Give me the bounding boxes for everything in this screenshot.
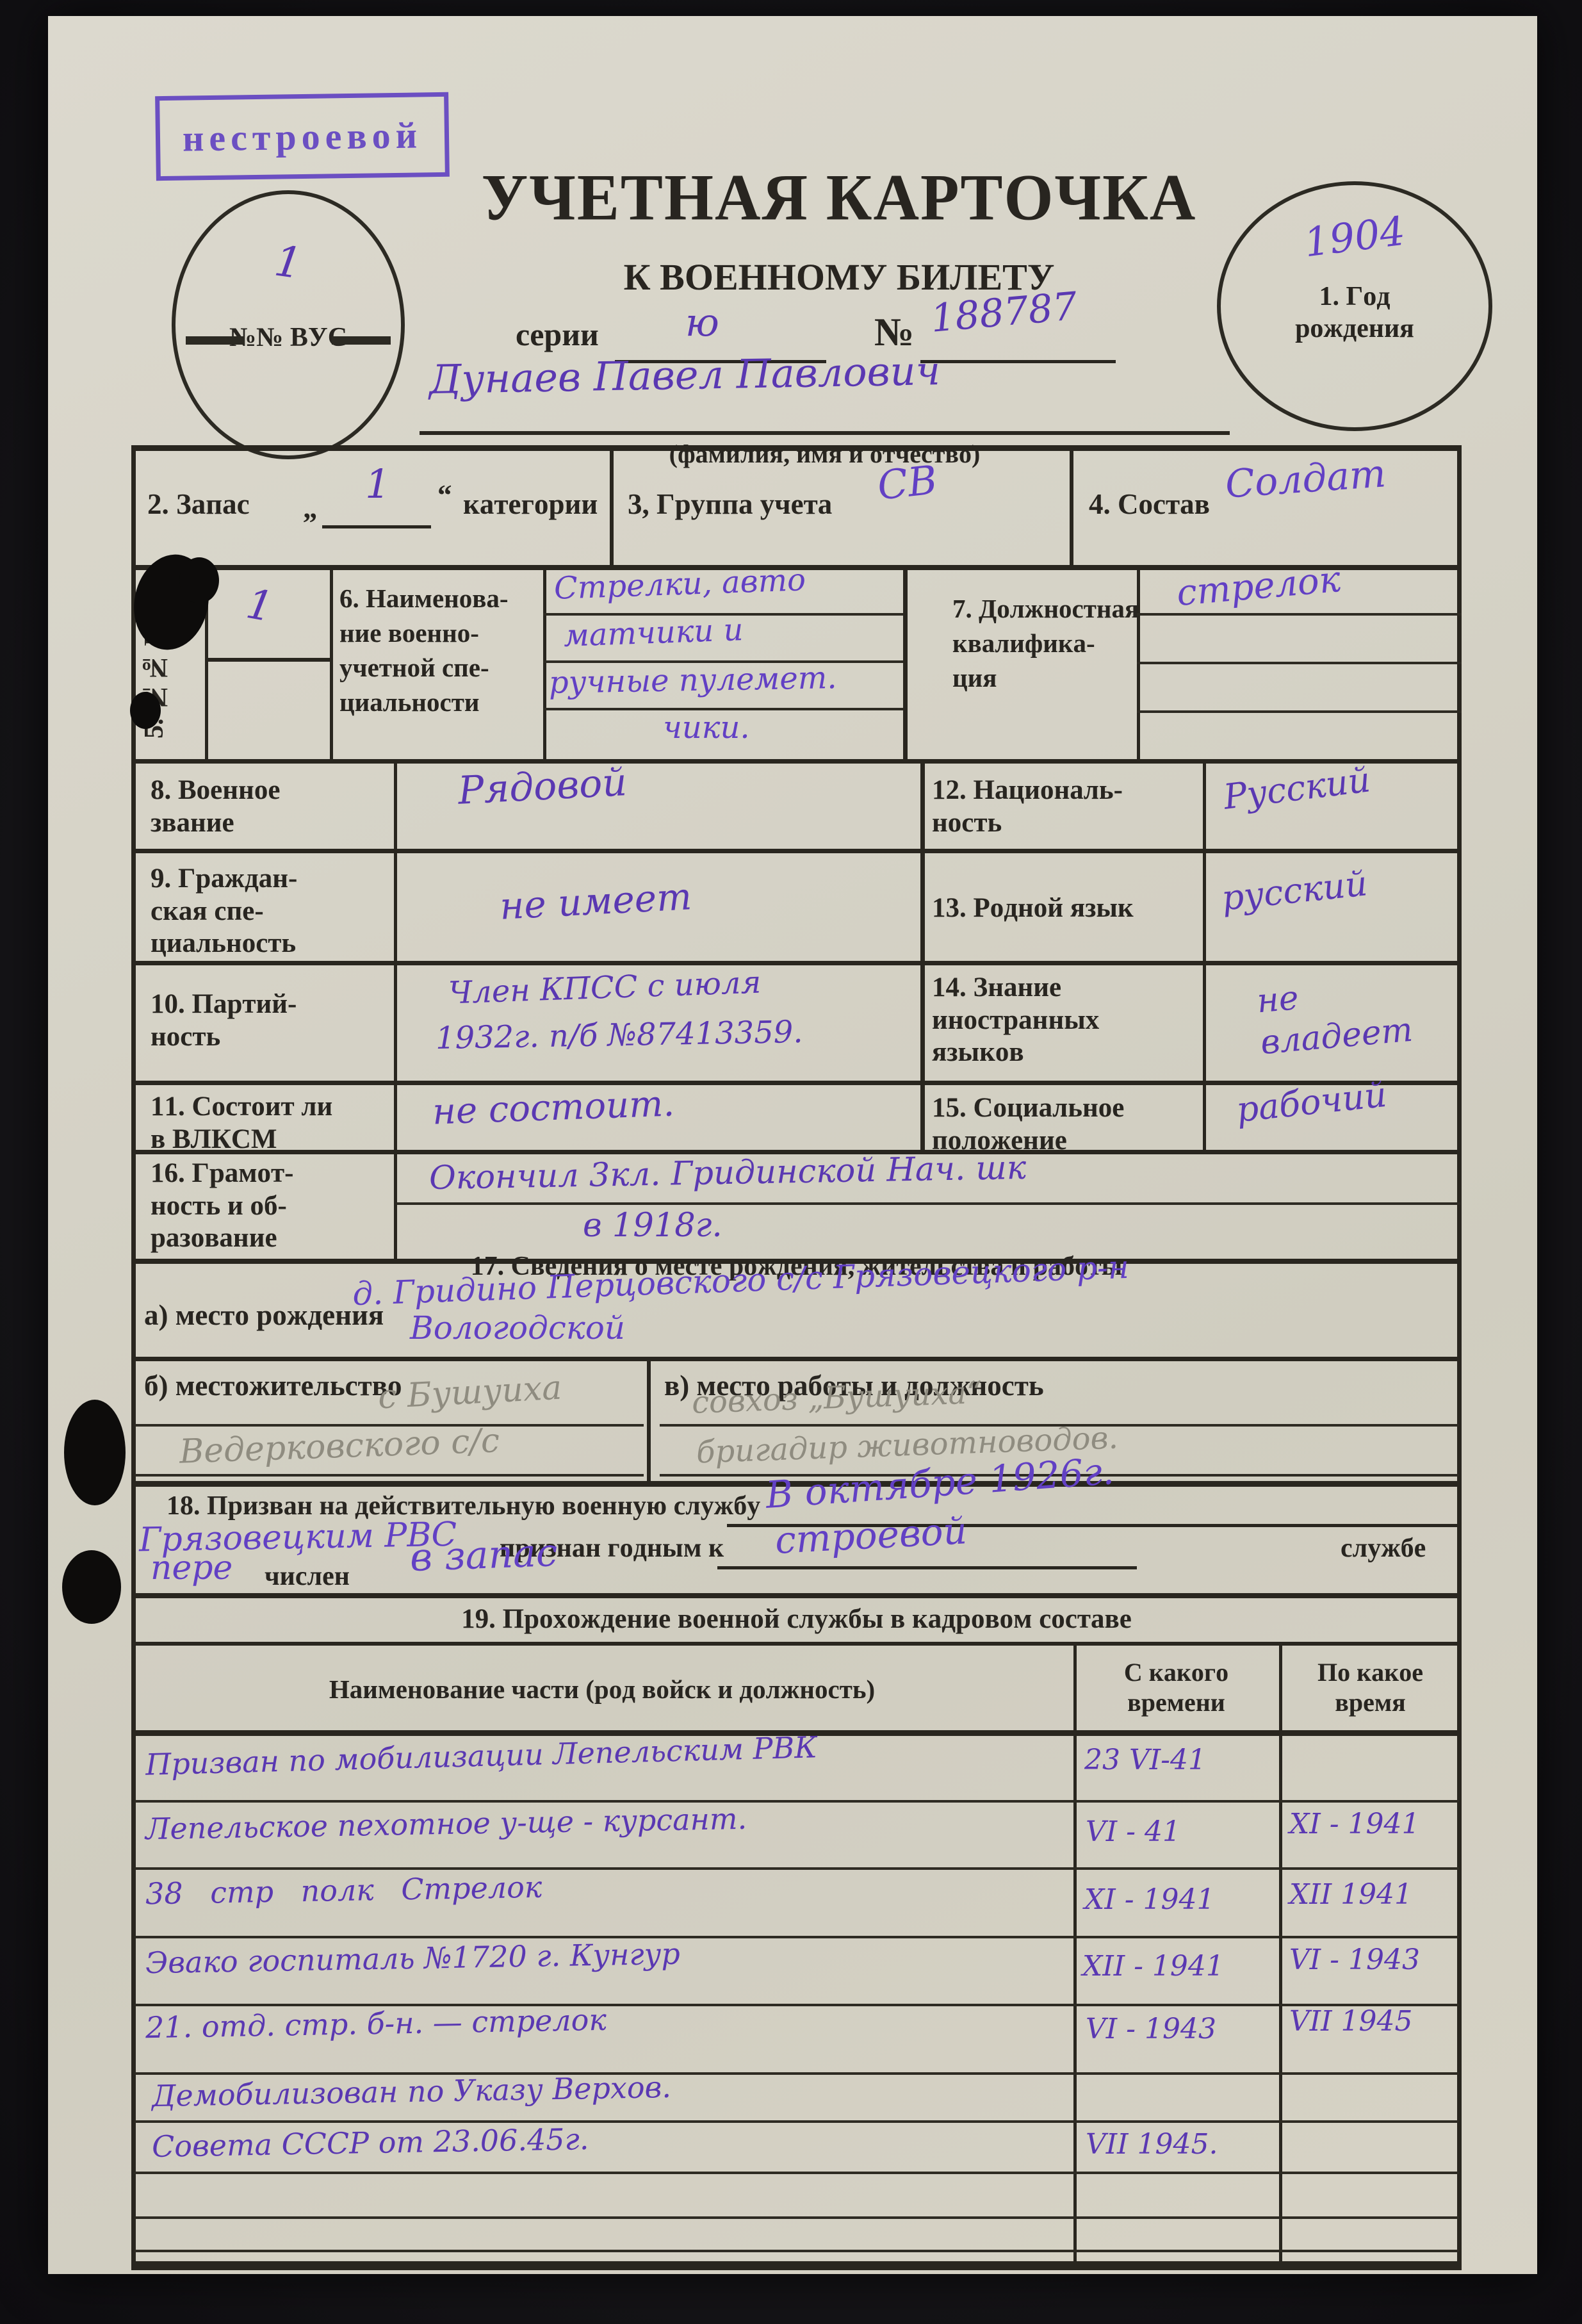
sec6-divider	[543, 570, 546, 759]
field7-rule-3	[1137, 710, 1462, 713]
vus-dash-left	[186, 336, 245, 345]
table-border-top	[131, 1642, 1462, 1646]
field18-re-print: числен	[265, 1561, 350, 1593]
nestroevoy-stamp-text: нестроевой	[182, 113, 422, 160]
field10-label: 10. Партий- ность	[151, 988, 297, 1053]
field18-fit-value: строевой	[774, 1511, 968, 1560]
vus-circle: 1 №№ ВУС	[172, 190, 405, 459]
field17b-rule-2	[135, 1474, 644, 1477]
number-value: 188787	[929, 286, 1079, 340]
ink-blot-2	[179, 557, 219, 603]
field16-line-1: Окончил 3кл. Гридинской Нач. шк	[429, 1151, 1027, 1196]
table-row-4-to: VI - 1943	[1289, 1945, 1420, 1975]
full-name-caption: (фамилия, имя и отчество)	[420, 439, 1230, 469]
field18-fit-post: службе	[1341, 1533, 1426, 1565]
table-row-2-from: VI - 41	[1086, 1817, 1180, 1847]
field4-label: 4. Состав	[1089, 487, 1210, 521]
field14-label: 14. Знание иностранных языков	[932, 972, 1099, 1069]
field18-re-hand: пере	[151, 1551, 232, 1586]
table-row-2-name: Лепельское пехотное у-ще - курсант.	[145, 1803, 747, 1845]
field16-rule	[397, 1202, 1460, 1205]
field18-line1: 18. Призван на действительную военную сл…	[167, 1491, 760, 1523]
table-row-sep-7	[135, 2172, 1459, 2174]
vus-dash-right	[332, 336, 391, 345]
table-row-sep-8	[135, 2216, 1459, 2219]
field11-label: 11. Состоит ли в ВЛКСМ	[151, 1091, 332, 1156]
row2-divider-2	[1070, 445, 1073, 565]
field5-value: 1	[243, 583, 276, 630]
field17a-label: а) место рождения	[144, 1298, 384, 1332]
form-border-bottom	[131, 2261, 1462, 2270]
card-subtitle: К ВОЕННОМУ БИЛЕТУ	[410, 256, 1268, 299]
field12-value: Русский	[1221, 762, 1372, 815]
table-row-sep-6	[135, 2120, 1459, 2123]
field16-label: 16. Грамот- ность и об- разование	[151, 1158, 294, 1255]
table-row-sep-9	[135, 2250, 1459, 2252]
field16-line-2: в 1918г.	[583, 1209, 722, 1243]
table-row-sep-3	[135, 1936, 1459, 1938]
field7-label: 7. Должностная квалифика- ция	[952, 591, 1139, 695]
registration-card: нестроевой 1 №№ ВУС УЧЕТНАЯ КАРТОЧКА К В…	[48, 16, 1537, 2274]
ink-blot-3	[130, 692, 161, 729]
table-row-5-to: VII 1945	[1289, 2007, 1413, 2036]
field5-cell-rule	[205, 658, 330, 662]
field2-value: 1	[365, 463, 390, 505]
field6-label: 6. Наименова- ние военно- учетной спе- ц…	[339, 581, 509, 719]
sec7-divider-left	[903, 570, 908, 759]
section-border-4	[131, 961, 1462, 965]
field6-line-2: матчики и	[563, 614, 744, 652]
field17b-line-2: Ведерковского с/с	[179, 1423, 500, 1469]
section-border-8	[131, 1357, 1462, 1361]
number-underline	[920, 360, 1116, 363]
table-row-sep-1	[135, 1800, 1459, 1803]
field8-label: 8. Военное звание	[151, 774, 280, 839]
field4-value: Солдат	[1224, 454, 1387, 505]
table-row-sep-2	[135, 1867, 1459, 1870]
table-header-from: С какого времени	[1073, 1657, 1279, 1717]
field18-fit-underline	[717, 1566, 1137, 1569]
left-label-divider	[394, 759, 397, 1259]
table-row-4-from: XII - 1941	[1082, 1952, 1224, 1981]
field2-quote-open: „	[303, 491, 318, 525]
table-row-1-name: Призван по мобилизации Лепельским РВК	[145, 1731, 818, 1780]
field17b-line-1: с Бушуиха	[377, 1371, 563, 1416]
field3-value: СВ	[876, 459, 939, 506]
field17b-label: б) местожительство	[144, 1369, 402, 1403]
field6-line-4: чики.	[663, 712, 750, 744]
vus-circle-value: 1	[174, 225, 403, 300]
full-name-value: Дунаев Павел Павлович	[428, 350, 940, 400]
table-row-7-name: Совета СССР от 23.06.45г.	[152, 2124, 589, 2162]
scanned-page-background: нестроевой 1 №№ ВУС УЧЕТНАЯ КАРТОЧКА К В…	[0, 0, 1582, 2324]
field2-quote-close: “	[437, 479, 452, 512]
row2-divider-1	[610, 445, 614, 565]
table-header-name: Наименование части (род войск и должност…	[144, 1674, 1060, 1705]
field13-value: русский	[1220, 865, 1369, 917]
table-row-sep-5	[135, 2072, 1459, 2075]
field13-label: 13. Родной язык	[932, 892, 1134, 925]
field6-line-1: Стрелки, авто	[553, 564, 806, 605]
ink-blot-5	[62, 1550, 121, 1624]
field10-line-1: Член КПСС с июля	[448, 966, 762, 1009]
full-name-underline	[420, 431, 1230, 435]
table-row-3-to: XII 1941	[1289, 1880, 1412, 1910]
field19-heading: 19. Прохождение военной службы в кадрово…	[131, 1603, 1462, 1636]
right-label-divider	[1203, 759, 1206, 1150]
field2-label: 2. Запас	[147, 487, 250, 521]
field12-label: 12. Националь- ность	[932, 774, 1123, 839]
nestroevoy-stamp: нестроевой	[155, 92, 450, 181]
section-border-2	[131, 759, 1462, 764]
table-row-5-name: 21. отд. стр. б-н. — стрелок	[145, 2004, 607, 2043]
field17v-line-1: совхоз „Бушуиха“	[691, 1377, 983, 1419]
field17a-line-2: Вологодской	[410, 1311, 625, 1345]
field3-label: 3, Группа учета	[628, 487, 832, 521]
sec5-divider-2	[330, 570, 333, 759]
form-border-top	[131, 445, 1462, 451]
table-row-7-from: VII 1945.	[1086, 2130, 1218, 2159]
table-row-4-name: Эвако госпиталь №1720 г. Кунгур	[145, 1938, 681, 1979]
field8-value: Рядовой	[457, 762, 628, 812]
field6-line-3: ручные пулемет.	[549, 662, 837, 699]
table-row-6-name: Демобилизован по Указу Верхов.	[152, 2072, 672, 2111]
column-split-divider	[920, 759, 925, 1150]
section-border-3	[131, 849, 1462, 853]
series-value: ю	[685, 303, 719, 343]
field9-value: не имеет	[499, 877, 693, 926]
field11-value: не состоит.	[432, 1085, 675, 1131]
series-label: серии	[516, 316, 599, 354]
table-row-1-from: 23 VI-41	[1084, 1746, 1206, 1775]
field9-label: 9. Граждан- ская спе- циальность	[151, 863, 297, 960]
field15-label: 15. Социальное положение	[932, 1092, 1124, 1157]
table-row-3-from: XI - 1941	[1084, 1885, 1215, 1915]
field18-re-value: в запас	[409, 1533, 559, 1578]
table-row-2-to: XI - 1941	[1289, 1810, 1420, 1839]
field17bv-divider	[647, 1357, 651, 1481]
field2-underline	[322, 525, 431, 528]
ink-blot-4	[64, 1400, 126, 1505]
field7-rule-2	[1137, 662, 1462, 664]
birth-year-label: 1. Год рождения	[1221, 281, 1488, 345]
section-border-10	[131, 1593, 1462, 1598]
card-title: УЧЕТНАЯ КАРТОЧКА	[410, 160, 1268, 237]
table-row-5-from: VI - 1943	[1086, 2015, 1216, 2044]
field14-value: не владеет	[1255, 968, 1415, 1064]
field2-post: категории	[463, 487, 598, 521]
field10-line-2: 1932г. п/б №87413359.	[436, 1016, 803, 1054]
table-header-to: По какое время	[1279, 1657, 1462, 1717]
table-row-sep-4	[135, 2004, 1459, 2006]
birth-year-circle: 1904 1. Год рождения	[1217, 181, 1492, 431]
section-border-5	[131, 1081, 1462, 1085]
table-row-3-name: 38 стр полк Стрелок	[145, 1872, 542, 1910]
